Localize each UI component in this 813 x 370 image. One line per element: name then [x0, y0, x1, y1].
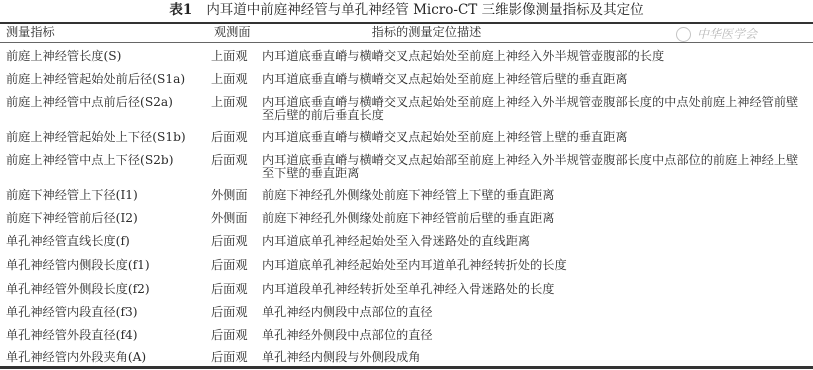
description-cell: 内耳道底单孔神经起始处至内耳道单孔神经转折处的长度 — [262, 259, 802, 272]
table-caption: 表1内耳道中前庭神经管与单孔神经管 Micro-CT 三维影像测量指标及其定位 — [0, 0, 813, 20]
view-cell: 外侧面 — [211, 189, 248, 202]
view-cell: 后面观 — [211, 306, 248, 319]
description-cell: 单孔神经外侧段中点部位的直径 — [262, 329, 802, 342]
top-rule — [0, 22, 813, 24]
table-label: 表1 — [169, 2, 192, 18]
description-cell: 单孔神经内侧段中点部位的直径 — [262, 306, 802, 319]
seal-icon — [676, 27, 691, 42]
view-cell: 后面观 — [211, 154, 248, 167]
metric-cell: 前庭上神经管中点前后径(S2a) — [6, 96, 173, 109]
description-cell: 单孔神经内侧段与外侧段成角 — [262, 351, 802, 364]
metric-cell: 单孔神经管内段直径(f3) — [6, 306, 137, 319]
metric-cell: 前庭上神经管起始处上下径(S1b) — [6, 131, 186, 144]
view-cell: 上面观 — [211, 73, 248, 86]
bottom-rule — [0, 366, 813, 369]
watermark-text: 中华医学会 — [697, 27, 757, 41]
metric-cell: 单孔神经管外侧段长度(f2) — [6, 283, 150, 296]
metric-cell: 前庭上神经管长度(S) — [6, 50, 121, 63]
description-cell: 内耳道段单孔神经转折处至单孔神经入骨迷路处的长度 — [262, 283, 802, 296]
view-cell: 上面观 — [211, 50, 248, 63]
metric-cell: 单孔神经管内外段夹角(A) — [6, 351, 146, 364]
view-cell: 后面观 — [211, 131, 248, 144]
view-cell: 后面观 — [211, 259, 248, 272]
view-cell: 后面观 — [211, 283, 248, 296]
metric-cell: 前庭上神经管起始处前后径(S1a) — [6, 73, 185, 86]
metric-cell: 单孔神经管外段直径(f4) — [6, 329, 137, 342]
description-cell: 前庭下神经孔外侧缘处前庭下神经管前后壁的垂直距离 — [262, 212, 802, 225]
description-cell: 内耳道底垂直嵴与横嵴交叉点起始处至前庭上神经管上壁的垂直距离 — [262, 131, 802, 144]
description-cell: 内耳道底垂直嵴与横嵴交叉点起始处至前庭上神经管后壁的垂直距离 — [262, 73, 802, 86]
view-cell: 后面观 — [211, 235, 248, 248]
description-cell: 内耳道底垂直嵴与横嵴交叉点起始处至前庭上神经入外半规管壶腹部长度的中点处前庭上神… — [262, 96, 802, 122]
metric-cell: 前庭下神经管前后径(I2) — [6, 212, 138, 225]
view-cell: 上面观 — [211, 96, 248, 109]
metric-cell: 前庭下神经管上下径(I1) — [6, 189, 138, 202]
table-title: 内耳道中前庭神经管与单孔神经管 Micro-CT 三维影像测量指标及其定位 — [206, 2, 643, 18]
description-cell: 内耳道底垂直嵴与横嵴交叉点起始处至前庭上神经入外半规管壶腹部的长度 — [262, 50, 802, 63]
description-cell: 前庭下神经孔外侧缘处前庭下神经管上下壁的垂直距离 — [262, 189, 802, 202]
metric-cell: 前庭上神经管中点上下径(S2b) — [6, 154, 173, 167]
view-cell: 后面观 — [211, 329, 248, 342]
publisher-watermark: 中华医学会 — [676, 25, 806, 43]
view-cell: 外侧面 — [211, 212, 248, 225]
header-rule — [0, 42, 813, 43]
metric-cell: 单孔神经管内侧段长度(f1) — [6, 259, 150, 272]
metric-cell: 单孔神经管直线长度(f) — [6, 235, 130, 248]
description-cell: 内耳道底垂直嵴与横嵴交叉点起始部至前庭上神经入外半规管壶腹部长度中点部位的前庭上… — [262, 154, 802, 180]
view-cell: 后面观 — [211, 351, 248, 364]
description-cell: 内耳道底单孔神经起始处至入骨迷路处的直线距离 — [262, 235, 802, 248]
